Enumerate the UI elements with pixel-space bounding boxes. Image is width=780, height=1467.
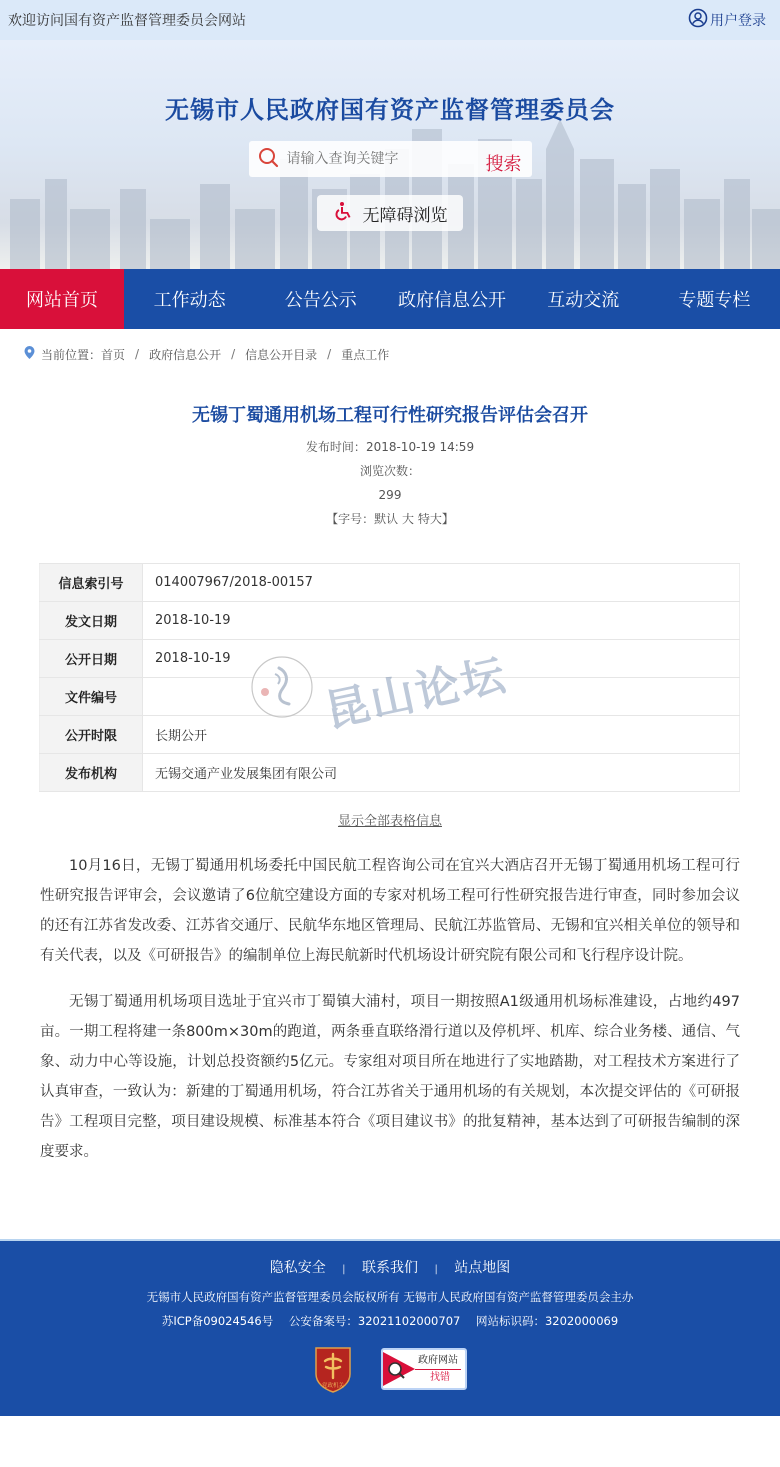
font-size-xlarge[interactable]: 特大 — [418, 512, 442, 526]
article-meta: 发布时间：2018-10-19 14:59 浏览次数： 299 【字号：默认 大… — [0, 435, 780, 531]
font-size-selector: 【字号：默认 大 特大】 — [0, 507, 780, 531]
search-button[interactable]: 搜索 — [486, 150, 522, 176]
font-size-close: 】 — [442, 512, 454, 526]
breadcrumb-separator: / — [327, 347, 331, 361]
breadcrumb-home[interactable]: 首页 — [101, 346, 125, 363]
publish-time: 发布时间：2018-10-19 14:59 — [0, 435, 780, 459]
icp-record[interactable]: 苏ICP备09024546号 — [162, 1314, 273, 1328]
nav-item-home[interactable]: 网站首页 — [0, 269, 124, 329]
search-box: 搜索 — [249, 141, 532, 177]
top-bar: 欢迎访问国有资产监督管理委员会网站 用户登录 — [0, 0, 780, 40]
publish-time-label: 发布时间： — [306, 440, 366, 454]
font-size-large[interactable]: 大 — [402, 512, 414, 526]
error-report-line1: 政府网站 — [415, 1353, 461, 1370]
publish-time-value: 2018-10-19 14:59 — [366, 440, 474, 454]
table-row: 发布机构无锡交通产业发展集团有限公司 — [39, 754, 740, 792]
location-pin-icon — [24, 346, 41, 362]
row-key: 发文日期 — [39, 602, 142, 639]
nav-item-gov-info[interactable]: 政府信息公开 — [386, 269, 517, 329]
breadcrumb: 当前位置： 首页 / 政府信息公开 / 信息公开目录 / 重点工作 — [0, 329, 780, 379]
row-key: 文件编号 — [39, 678, 142, 715]
breadcrumb-prefix: 当前位置： — [41, 346, 101, 363]
footer-separator: | — [434, 1264, 437, 1275]
breadcrumb-gov-info[interactable]: 政府信息公开 — [149, 346, 221, 363]
wheelchair-icon — [333, 201, 353, 226]
police-record[interactable]: 公安备案号：32021102000707 — [289, 1314, 460, 1328]
breadcrumb-key-work[interactable]: 重点工作 — [341, 346, 389, 363]
site-title: 无锡市人民政府国有资产监督管理委员会 — [0, 40, 780, 125]
search-input[interactable] — [287, 151, 486, 167]
row-key: 信息索引号 — [39, 564, 142, 601]
row-value: 无锡交通产业发展集团有限公司 — [142, 754, 740, 791]
footer-links: 隐私安全 | 联系我们 | 站点地图 — [0, 1241, 780, 1277]
footer-link-privacy[interactable]: 隐私安全 — [270, 1260, 326, 1276]
row-key: 发布机构 — [39, 754, 142, 791]
breadcrumb-separator: / — [135, 347, 139, 361]
login-link[interactable]: 用户登录 — [688, 8, 766, 32]
row-key: 公开时限 — [39, 716, 142, 753]
breadcrumb-separator: / — [231, 347, 235, 361]
footer-link-contact[interactable]: 联系我们 — [362, 1260, 418, 1276]
breadcrumb-info-catalog[interactable]: 信息公开目录 — [245, 346, 317, 363]
info-table: 信息索引号014007967/2018-00157 发文日期2018-10-19… — [39, 563, 740, 792]
site-header: 无锡市人民政府国有资产监督管理委员会 搜索 无障碍浏览 — [0, 40, 780, 269]
table-row: 公开时限长期公开 — [39, 716, 740, 754]
error-report-text: 政府网站 找错 — [415, 1353, 465, 1386]
views-count: 299 — [0, 483, 780, 507]
accessibility-button[interactable]: 无障碍浏览 — [317, 195, 463, 231]
accessibility-label: 无障碍浏览 — [363, 201, 448, 226]
font-size-default[interactable]: 默认 — [374, 512, 398, 526]
row-value: 长期公开 — [142, 716, 740, 753]
article-title: 无锡丁蜀通用机场工程可行性研究报告评估会召开 — [0, 401, 780, 427]
footer-records: 苏ICP备09024546号 公安备案号：32021102000707 网站标识… — [0, 1313, 780, 1329]
site-code: 网站标识码：3202000069 — [476, 1314, 618, 1328]
error-report-line2: 找错 — [415, 1370, 465, 1386]
font-size-open: 【字号： — [326, 512, 374, 526]
paragraph: 10月16日，无锡丁蜀通用机场委托中国民航工程咨询公司在宜兴大酒店召开无锡丁蜀通… — [40, 851, 740, 971]
main-nav: 网站首页 工作动态 公告公示 政府信息公开 互动交流 专题专栏 — [0, 269, 780, 329]
nav-item-interaction[interactable]: 互动交流 — [518, 269, 649, 329]
magnifier-flag-icon — [383, 1350, 415, 1388]
table-row: 文件编号 — [39, 678, 740, 716]
paragraph: 无锡丁蜀通用机场项目选址于宜兴市丁蜀镇大浦村，项目一期按照A1级通用机场标准建设… — [40, 987, 740, 1167]
footer-link-sitemap[interactable]: 站点地图 — [454, 1260, 510, 1276]
nav-item-work-news[interactable]: 工作动态 — [124, 269, 255, 329]
svg-text:党政机关: 党政机关 — [322, 1381, 345, 1389]
gov-site-error-report-button[interactable]: 政府网站 找错 — [381, 1348, 467, 1390]
search-icon — [257, 146, 279, 172]
row-value: 2018-10-19 — [142, 640, 740, 677]
row-value: 2018-10-19 — [142, 602, 740, 639]
show-all-table-info-link[interactable]: 显示全部表格信息 — [338, 814, 442, 829]
nav-item-announcements[interactable]: 公告公示 — [255, 269, 386, 329]
user-circle-icon — [688, 8, 708, 32]
welcome-text: 欢迎访问国有资产监督管理委员会网站 — [8, 10, 246, 30]
footer-copyright: 无锡市人民政府国有资产监督管理委员会版权所有 无锡市人民政府国有资产监督管理委员… — [0, 1289, 780, 1305]
row-value: 014007967/2018-00157 — [142, 564, 740, 601]
nav-item-special-topics[interactable]: 专题专栏 — [649, 269, 780, 329]
footer: 隐私安全 | 联系我们 | 站点地图 无锡市人民政府国有资产监督管理委员会版权所… — [0, 1239, 780, 1416]
table-row: 公开日期2018-10-19 — [39, 640, 740, 678]
table-row: 信息索引号014007967/2018-00157 — [39, 564, 740, 602]
show-all-container: 显示全部表格信息 — [0, 810, 780, 829]
views-label: 浏览次数： — [0, 459, 780, 483]
row-value — [142, 678, 740, 715]
article-content: 10月16日，无锡丁蜀通用机场委托中国民航工程咨询公司在宜兴大酒店召开无锡丁蜀通… — [40, 851, 740, 1167]
login-label: 用户登录 — [710, 10, 766, 30]
table-row: 发文日期2018-10-19 — [39, 602, 740, 640]
footer-badges: 党政机关 政府网站 找错 — [0, 1345, 780, 1393]
footer-separator: | — [342, 1264, 345, 1275]
row-key: 公开日期 — [39, 640, 142, 677]
party-gov-badge-icon[interactable]: 党政机关 — [313, 1345, 353, 1393]
